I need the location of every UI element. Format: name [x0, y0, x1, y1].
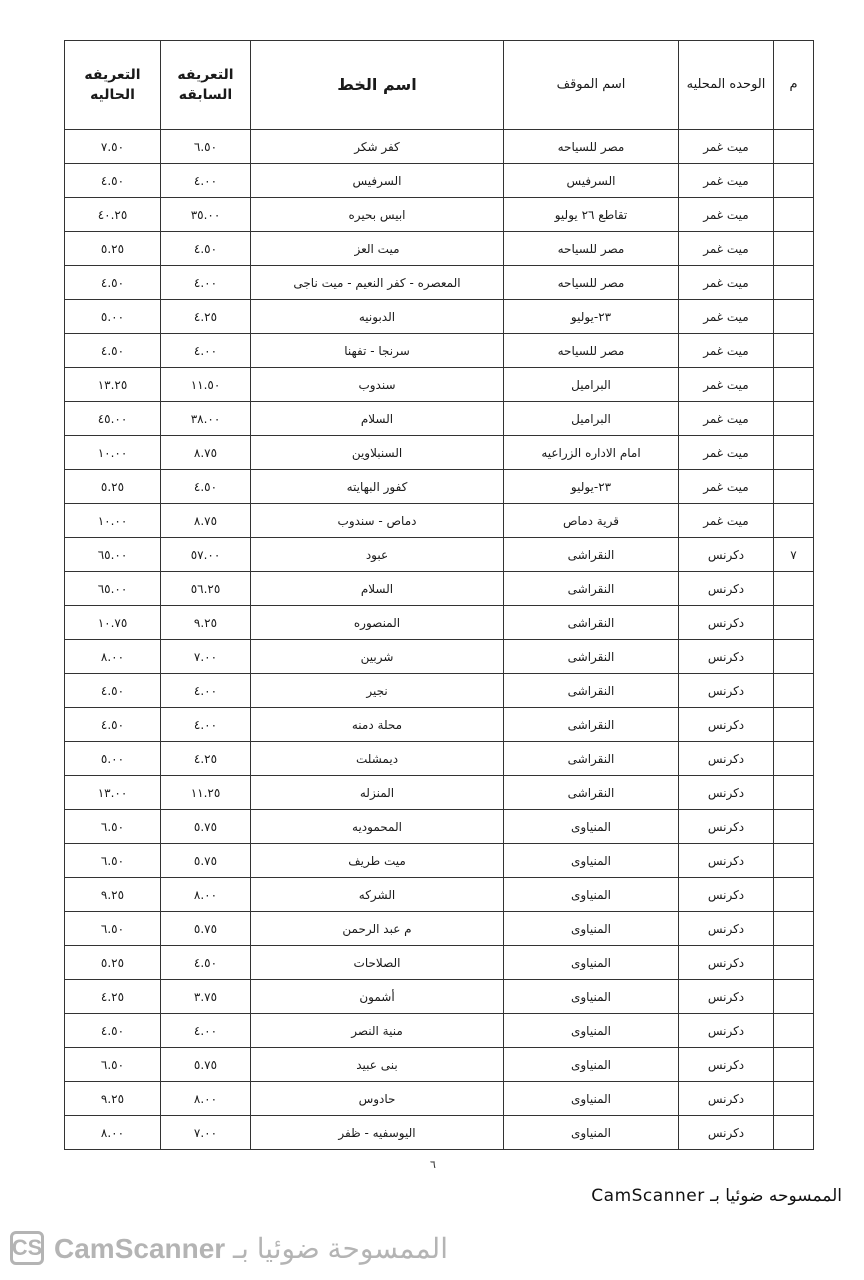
current-fare-cell: ٨.٠٠ — [65, 1116, 161, 1150]
local-unit-cell: دكرنس — [679, 708, 774, 742]
local-unit-cell: ميت غمر — [679, 164, 774, 198]
previous-fare-cell: ٩.٢٥ — [161, 606, 251, 640]
row-index-cell — [774, 402, 814, 436]
local-unit-cell: دكرنس — [679, 674, 774, 708]
scan-note: الممسوحه ضوئيا بـ CamScanner — [591, 1186, 842, 1206]
current-fare-cell: ١٠.٠٠ — [65, 504, 161, 538]
line-name-cell: نجير — [251, 674, 504, 708]
local-unit-cell: دكرنس — [679, 1082, 774, 1116]
table-row: دكرنسالنقراشىالمنزله١١.٢٥١٣.٠٠ — [65, 776, 814, 810]
current-fare-cell: ٤.٥٠ — [65, 708, 161, 742]
stop-name-cell: امام الاداره الزراعيه — [504, 436, 679, 470]
line-name-cell: سرنجا - تفهنا — [251, 334, 504, 368]
line-name-cell: الشركه — [251, 878, 504, 912]
previous-fare-cell: ٨.٠٠ — [161, 1082, 251, 1116]
local-unit-cell: دكرنس — [679, 606, 774, 640]
table-row: ميت غمرامام الاداره الزراعيهالسنبلاوين٨.… — [65, 436, 814, 470]
watermark-arabic: الممسوحة ضوئيا بـ — [233, 1233, 448, 1264]
local-unit-cell: دكرنس — [679, 1014, 774, 1048]
current-fare-cell: ٦٥.٠٠ — [65, 572, 161, 606]
row-index-cell — [774, 470, 814, 504]
local-unit-cell: دكرنس — [679, 946, 774, 980]
line-name-cell: المعصره - كفر النعيم - ميت ناجى — [251, 266, 504, 300]
current-fare-cell: ٤.٥٠ — [65, 334, 161, 368]
row-index-cell — [774, 776, 814, 810]
previous-fare-cell: ٥.٧٥ — [161, 810, 251, 844]
local-unit-cell: ميت غمر — [679, 470, 774, 504]
stop-name-cell: المنياوى — [504, 912, 679, 946]
stop-name-cell: المنياوى — [504, 1082, 679, 1116]
camscanner-watermark: CS CamScanner الممسوحة ضوئيا بـ — [10, 1228, 448, 1268]
row-index-cell — [774, 606, 814, 640]
current-fare-cell: ٥.٠٠ — [65, 742, 161, 776]
current-fare-cell: ٩.٢٥ — [65, 878, 161, 912]
line-name-cell: ديمشلت — [251, 742, 504, 776]
stop-name-cell: المنياوى — [504, 946, 679, 980]
stop-name-cell: المنياوى — [504, 1048, 679, 1082]
previous-fare-cell: ١١.٢٥ — [161, 776, 251, 810]
header-current-fare: التعريفه الحاليه — [65, 41, 161, 130]
current-fare-cell: ١٣.٢٥ — [65, 368, 161, 402]
line-name-cell: شربين — [251, 640, 504, 674]
row-index-cell — [774, 1082, 814, 1116]
row-index-cell: ٧ — [774, 538, 814, 572]
line-name-cell: المنصوره — [251, 606, 504, 640]
line-name-cell: محلة دمنه — [251, 708, 504, 742]
stop-name-cell: النقراشى — [504, 776, 679, 810]
header-stop-name: اسم الموقف — [504, 41, 679, 130]
scanned-document-page: م الوحده المحليه اسم الموقف اسم الخط الت… — [0, 0, 864, 1280]
line-name-cell: منية النصر — [251, 1014, 504, 1048]
local-unit-cell: دكرنس — [679, 776, 774, 810]
line-name-cell: عبود — [251, 538, 504, 572]
line-name-cell: الدبونيه — [251, 300, 504, 334]
previous-fare-cell: ٥.٧٥ — [161, 912, 251, 946]
current-fare-cell: ٧.٥٠ — [65, 130, 161, 164]
table-row: دكرنسالمنياوىالشركه٨.٠٠٩.٢٥ — [65, 878, 814, 912]
row-index-cell — [774, 946, 814, 980]
local-unit-cell: دكرنس — [679, 878, 774, 912]
line-name-cell: السلام — [251, 572, 504, 606]
previous-fare-cell: ٤.٠٠ — [161, 708, 251, 742]
stop-name-cell: مصر للسياحه — [504, 232, 679, 266]
current-fare-cell: ٤.٥٠ — [65, 674, 161, 708]
table-row: دكرنسالمنياوىالمحموديه٥.٧٥٦.٥٠ — [65, 810, 814, 844]
local-unit-cell: ميت غمر — [679, 130, 774, 164]
line-name-cell: حادوس — [251, 1082, 504, 1116]
current-fare-cell: ٤٠.٢٥ — [65, 198, 161, 232]
current-fare-cell: ٦.٥٠ — [65, 1048, 161, 1082]
header-previous-fare-line1: التعريفه — [161, 65, 250, 85]
row-index-cell — [774, 810, 814, 844]
table-row: ميت غمرمصر للسياحهالمعصره - كفر النعيم -… — [65, 266, 814, 300]
table-row: دكرنسالمنياوىبنى عبيد٥.٧٥٦.٥٠ — [65, 1048, 814, 1082]
local-unit-cell: دكرنس — [679, 640, 774, 674]
previous-fare-cell: ٧.٠٠ — [161, 1116, 251, 1150]
camscanner-logo-icon: CS — [10, 1231, 44, 1265]
stop-name-cell: المنياوى — [504, 1014, 679, 1048]
table-row: دكرنسالنقراشىشربين٧.٠٠٨.٠٠ — [65, 640, 814, 674]
row-index-cell — [774, 980, 814, 1014]
current-fare-cell: ٤٥.٠٠ — [65, 402, 161, 436]
stop-name-cell: المنياوى — [504, 810, 679, 844]
local-unit-cell: دكرنس — [679, 844, 774, 878]
local-unit-cell: ميت غمر — [679, 232, 774, 266]
table-row: دكرنسالمنياوىأشمون٣.٧٥٤.٢٥ — [65, 980, 814, 1014]
previous-fare-cell: ٣٨.٠٠ — [161, 402, 251, 436]
previous-fare-cell: ٣.٧٥ — [161, 980, 251, 1014]
table-row: دكرنسالنقراشىالسلام٥٦.٢٥٦٥.٠٠ — [65, 572, 814, 606]
local-unit-cell: ميت غمر — [679, 436, 774, 470]
table-row: دكرنسالنقراشىمحلة دمنه٤.٠٠٤.٥٠ — [65, 708, 814, 742]
table-row: ميت غمرالبراميلالسلام٣٨.٠٠٤٥.٠٠ — [65, 402, 814, 436]
table-row: دكرنسالمنياوىميت طريف٥.٧٥٦.٥٠ — [65, 844, 814, 878]
line-name-cell: اليوسفيه - ظفر — [251, 1116, 504, 1150]
row-index-cell — [774, 1048, 814, 1082]
table-row: دكرنسالمنياوىالصلاحات٤.٥٠٥.٢٥ — [65, 946, 814, 980]
local-unit-cell: دكرنس — [679, 1116, 774, 1150]
header-previous-fare: التعريفه السابقه — [161, 41, 251, 130]
local-unit-cell: ميت غمر — [679, 504, 774, 538]
stop-name-cell: المنياوى — [504, 1116, 679, 1150]
table-row: ٧دكرنسالنقراشىعبود٥٧.٠٠٦٥.٠٠ — [65, 538, 814, 572]
stop-name-cell: النقراشى — [504, 708, 679, 742]
previous-fare-cell: ٣٥.٠٠ — [161, 198, 251, 232]
row-index-cell — [774, 368, 814, 402]
line-name-cell: المحموديه — [251, 810, 504, 844]
table-row: دكرنسالمنياوىمنية النصر٤.٠٠٤.٥٠ — [65, 1014, 814, 1048]
row-index-cell — [774, 878, 814, 912]
row-index-cell — [774, 300, 814, 334]
local-unit-cell: ميت غمر — [679, 334, 774, 368]
previous-fare-cell: ٤.٢٥ — [161, 300, 251, 334]
line-name-cell: السنبلاوين — [251, 436, 504, 470]
table-row: ميت غمر٢٣-يوليوكفور البهايته٤.٥٠٥.٢٥ — [65, 470, 814, 504]
local-unit-cell: دكرنس — [679, 572, 774, 606]
line-name-cell: دماص - سندوب — [251, 504, 504, 538]
row-index-cell — [774, 266, 814, 300]
line-name-cell: أشمون — [251, 980, 504, 1014]
previous-fare-cell: ٨.٧٥ — [161, 504, 251, 538]
stop-name-cell: المنياوى — [504, 878, 679, 912]
current-fare-cell: ٤.٢٥ — [65, 980, 161, 1014]
previous-fare-cell: ٥٦.٢٥ — [161, 572, 251, 606]
stop-name-cell: السرفيس — [504, 164, 679, 198]
current-fare-cell: ٦.٥٠ — [65, 912, 161, 946]
local-unit-cell: دكرنس — [679, 742, 774, 776]
table-row: ميت غمرمصر للسياحهسرنجا - تفهنا٤.٠٠٤.٥٠ — [65, 334, 814, 368]
header-line-name: اسم الخط — [251, 41, 504, 130]
stop-name-cell: البراميل — [504, 368, 679, 402]
row-index-cell — [774, 742, 814, 776]
current-fare-cell: ٦.٥٠ — [65, 810, 161, 844]
current-fare-cell: ٩.٢٥ — [65, 1082, 161, 1116]
stop-name-cell: المنياوى — [504, 980, 679, 1014]
stop-name-cell: مصر للسياحه — [504, 130, 679, 164]
stop-name-cell: المنياوى — [504, 844, 679, 878]
previous-fare-cell: ٨.٧٥ — [161, 436, 251, 470]
stop-name-cell: النقراشى — [504, 538, 679, 572]
row-index-cell — [774, 130, 814, 164]
header-previous-fare-line2: السابقه — [161, 85, 250, 105]
stop-name-cell: النقراشى — [504, 742, 679, 776]
previous-fare-cell: ٤.٢٥ — [161, 742, 251, 776]
watermark-text: CamScanner الممسوحة ضوئيا بـ — [54, 1232, 448, 1265]
previous-fare-cell: ٤.٥٠ — [161, 946, 251, 980]
line-name-cell: سندوب — [251, 368, 504, 402]
current-fare-cell: ٤.٥٠ — [65, 164, 161, 198]
previous-fare-cell: ٤.٠٠ — [161, 334, 251, 368]
table-row: دكرنسالمنياوىحادوس٨.٠٠٩.٢٥ — [65, 1082, 814, 1116]
stop-name-cell: ٢٣-يوليو — [504, 470, 679, 504]
row-index-cell — [774, 232, 814, 266]
current-fare-cell: ١٠.٧٥ — [65, 606, 161, 640]
row-index-cell — [774, 1014, 814, 1048]
current-fare-cell: ٤.٥٠ — [65, 266, 161, 300]
table-row: ميت غمرتقاطع ٢٦ يوليوابيس بحيره٣٥.٠٠٤٠.٢… — [65, 198, 814, 232]
row-index-cell — [774, 674, 814, 708]
line-name-cell: الصلاحات — [251, 946, 504, 980]
previous-fare-cell: ٥٧.٠٠ — [161, 538, 251, 572]
table-row: ميت غمرقرية دماصدماص - سندوب٨.٧٥١٠.٠٠ — [65, 504, 814, 538]
current-fare-cell: ٥.٢٥ — [65, 232, 161, 266]
table-row: ميت غمر٢٣-يوليوالدبونيه٤.٢٥٥.٠٠ — [65, 300, 814, 334]
local-unit-cell: دكرنس — [679, 1048, 774, 1082]
fare-table: م الوحده المحليه اسم الموقف اسم الخط الت… — [64, 40, 814, 1150]
row-index-cell — [774, 572, 814, 606]
stop-name-cell: قرية دماص — [504, 504, 679, 538]
row-index-cell — [774, 844, 814, 878]
local-unit-cell: ميت غمر — [679, 198, 774, 232]
local-unit-cell: دكرنس — [679, 810, 774, 844]
current-fare-cell: ٦.٥٠ — [65, 844, 161, 878]
row-index-cell — [774, 436, 814, 470]
page-number: ٦ — [430, 1158, 436, 1171]
line-name-cell: ميت العز — [251, 232, 504, 266]
table-row: دكرنسالنقراشىالمنصوره٩.٢٥١٠.٧٥ — [65, 606, 814, 640]
stop-name-cell: البراميل — [504, 402, 679, 436]
stop-name-cell: مصر للسياحه — [504, 334, 679, 368]
previous-fare-cell: ٧.٠٠ — [161, 640, 251, 674]
previous-fare-cell: ٤.٥٠ — [161, 470, 251, 504]
row-index-cell — [774, 334, 814, 368]
local-unit-cell: ميت غمر — [679, 300, 774, 334]
header-current-fare-line1: التعريفه — [65, 65, 160, 85]
table-row: ميت غمرالسرفيسالسرفيس٤.٠٠٤.٥٠ — [65, 164, 814, 198]
row-index-cell — [774, 164, 814, 198]
stop-name-cell: النقراشى — [504, 572, 679, 606]
row-index-cell — [774, 912, 814, 946]
current-fare-cell: ٥.٠٠ — [65, 300, 161, 334]
local-unit-cell: دكرنس — [679, 980, 774, 1014]
line-name-cell: م عبد الرحمن — [251, 912, 504, 946]
line-name-cell: ابيس بحيره — [251, 198, 504, 232]
table-row: ميت غمرمصر للسياحهميت العز٤.٥٠٥.٢٥ — [65, 232, 814, 266]
table-row: دكرنسالمنياوىاليوسفيه - ظفر٧.٠٠٨.٠٠ — [65, 1116, 814, 1150]
stop-name-cell: النقراشى — [504, 606, 679, 640]
previous-fare-cell: ٦.٥٠ — [161, 130, 251, 164]
local-unit-cell: ميت غمر — [679, 368, 774, 402]
table-header-row: م الوحده المحليه اسم الموقف اسم الخط الت… — [65, 41, 814, 130]
current-fare-cell: ١٠.٠٠ — [65, 436, 161, 470]
previous-fare-cell: ٤.٠٠ — [161, 164, 251, 198]
local-unit-cell: ميت غمر — [679, 402, 774, 436]
row-index-cell — [774, 504, 814, 538]
local-unit-cell: ميت غمر — [679, 266, 774, 300]
current-fare-cell: ٥.٢٥ — [65, 946, 161, 980]
row-index-cell — [774, 1116, 814, 1150]
line-name-cell: كفور البهايته — [251, 470, 504, 504]
table-row: ميت غمرالبراميلسندوب١١.٥٠١٣.٢٥ — [65, 368, 814, 402]
table-row: دكرنسالمنياوىم عبد الرحمن٥.٧٥٦.٥٠ — [65, 912, 814, 946]
local-unit-cell: دكرنس — [679, 538, 774, 572]
line-name-cell: كفر شكر — [251, 130, 504, 164]
stop-name-cell: ٢٣-يوليو — [504, 300, 679, 334]
current-fare-cell: ٨.٠٠ — [65, 640, 161, 674]
previous-fare-cell: ١١.٥٠ — [161, 368, 251, 402]
previous-fare-cell: ٤.٥٠ — [161, 232, 251, 266]
row-index-cell — [774, 708, 814, 742]
table-row: دكرنسالنقراشىديمشلت٤.٢٥٥.٠٠ — [65, 742, 814, 776]
current-fare-cell: ٦٥.٠٠ — [65, 538, 161, 572]
previous-fare-cell: ٤.٠٠ — [161, 266, 251, 300]
previous-fare-cell: ٤.٠٠ — [161, 674, 251, 708]
row-index-cell — [774, 198, 814, 232]
header-local-unit: الوحده المحليه — [679, 41, 774, 130]
stop-name-cell: النقراشى — [504, 640, 679, 674]
line-name-cell: المنزله — [251, 776, 504, 810]
line-name-cell: السرفيس — [251, 164, 504, 198]
previous-fare-cell: ٤.٠٠ — [161, 1014, 251, 1048]
previous-fare-cell: ٥.٧٥ — [161, 844, 251, 878]
header-current-fare-line2: الحاليه — [65, 85, 160, 105]
header-index: م — [774, 41, 814, 130]
current-fare-cell: ٤.٥٠ — [65, 1014, 161, 1048]
line-name-cell: بنى عبيد — [251, 1048, 504, 1082]
stop-name-cell: تقاطع ٢٦ يوليو — [504, 198, 679, 232]
previous-fare-cell: ٥.٧٥ — [161, 1048, 251, 1082]
stop-name-cell: النقراشى — [504, 674, 679, 708]
current-fare-cell: ١٣.٠٠ — [65, 776, 161, 810]
table-row: ميت غمرمصر للسياحهكفر شكر٦.٥٠٧.٥٠ — [65, 130, 814, 164]
watermark-brand: CamScanner — [54, 1233, 225, 1264]
line-name-cell: ميت طريف — [251, 844, 504, 878]
previous-fare-cell: ٨.٠٠ — [161, 878, 251, 912]
local-unit-cell: دكرنس — [679, 912, 774, 946]
line-name-cell: السلام — [251, 402, 504, 436]
current-fare-cell: ٥.٢٥ — [65, 470, 161, 504]
table-row: دكرنسالنقراشىنجير٤.٠٠٤.٥٠ — [65, 674, 814, 708]
row-index-cell — [774, 640, 814, 674]
stop-name-cell: مصر للسياحه — [504, 266, 679, 300]
